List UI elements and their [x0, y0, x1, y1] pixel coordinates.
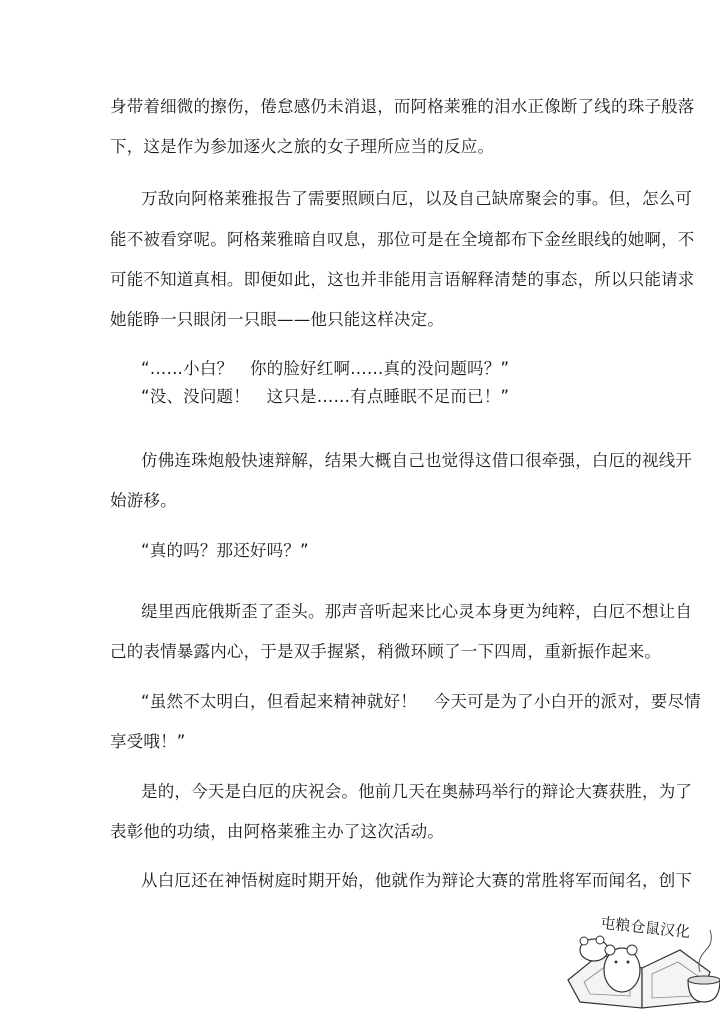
- paragraph-start: 是的，今天是白厄的庆祝会。他前几天在奥赫玛举行的辩论大赛获胜，为了: [141, 781, 692, 803]
- text-line: 表彰他的功绩，由阿格莱雅主办了这次活动。: [110, 821, 444, 843]
- dialogue-line: “……小白？ 你的脸好红啊……真的没问题吗？”: [141, 358, 509, 380]
- paragraph-start: 万敌向阿格莱雅报告了需要照顾白厄，以及自己缺席聚会的事。但，怎么可: [141, 188, 692, 210]
- text-line: 可能不知道真相。即便如此，这也并非能用言语解释清楚的事态，所以只能请求: [110, 269, 695, 291]
- text-line: 享受哦！”: [110, 731, 186, 753]
- text-line: 下，这是作为参加逐火之旅的女子理所应当的反应。: [110, 136, 494, 158]
- text-line: 她能睁一只眼闭一只眼——他只能这样决定。: [110, 309, 444, 331]
- paragraph-start: 仿佛连珠炮般快速辩解，结果大概自己也觉得这借口很牵强，白厄的视线开: [141, 450, 692, 472]
- text-line: 身带着细微的擦伤，倦怠感仍未消退，而阿格莱雅的泪水正像断了线的珠子般落: [110, 96, 695, 118]
- hamster-reading-book-logo-icon: 屯粮仓鼠汉化: [560, 910, 720, 1014]
- text-line: 己的表情暴露内心，于是双手握紧，稍微环顾了一下四周，重新振作起来。: [110, 641, 661, 663]
- text-line: 能不被看穿呢。阿格莱雅暗自叹息，那位可是在全境都布下金丝眼线的她啊，不: [110, 229, 695, 251]
- dialogue-line: “真的吗？那还好吗？”: [141, 540, 309, 562]
- paragraph-start: 缇里西庇俄斯歪了歪头。那声音听起来比心灵本身更为纯粹，白厄不想让自: [141, 601, 692, 623]
- paragraph-start: 从白厄还在神悟树庭时期开始，他就作为辩论大赛的常胜将军而闻名，创下: [141, 870, 692, 892]
- dialogue-line: “没、没问题！ 这只是……有点睡眠不足而已！”: [141, 386, 509, 408]
- text-line: 始游移。: [110, 490, 177, 512]
- dialogue-line: “虽然不太明白，但看起来精神就好！ 今天可是为了小白开的派对，要尽情: [141, 691, 701, 713]
- watermark-text: 屯粮仓鼠汉化: [600, 914, 691, 941]
